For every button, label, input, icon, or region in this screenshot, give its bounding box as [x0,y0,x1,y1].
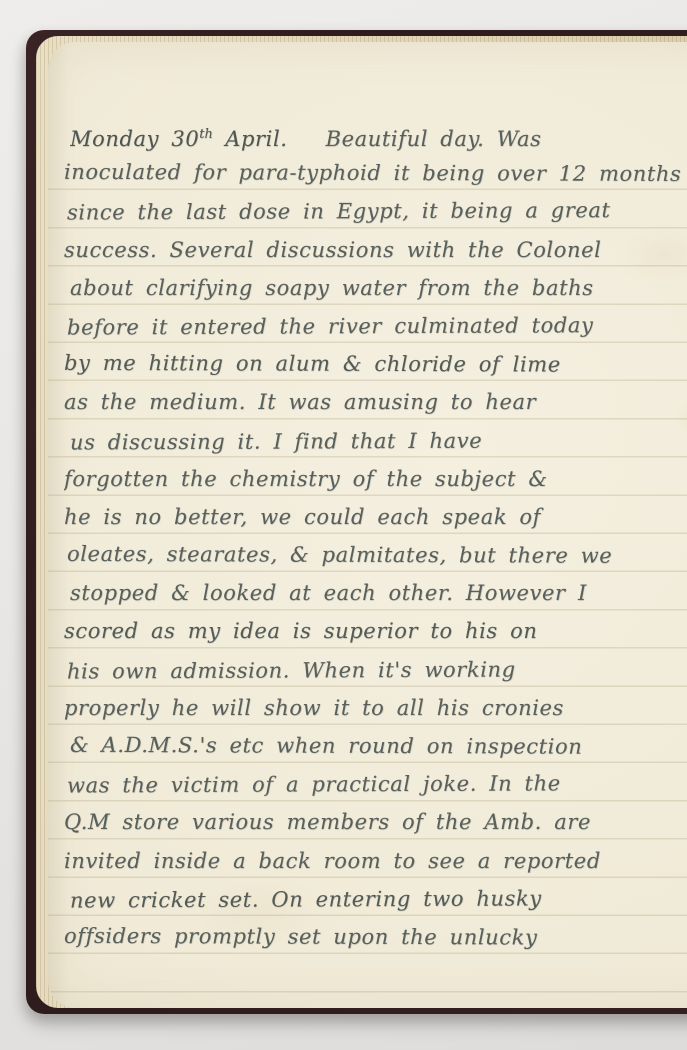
diary-line: he is no better, we could each speak of [64,498,687,536]
diary-line: oleates, stearates, & palmitates, but th… [67,535,687,576]
diary-entry: Monday 30th April.Beautiful day. Was ino… [48,42,687,1008]
diary-line: Q.M store various members of the Amb. ar… [64,803,687,841]
diary-line: inoculated for para-typhoid it being ove… [64,153,687,194]
date-ordinal: th [199,127,213,142]
diary-line-first: Monday 30th April.Beautiful day. Was [70,116,687,154]
diary-line: as the medium. It was amusing to hear [64,383,687,421]
first-line-text: Beautiful day. Was [326,127,542,151]
diary-line: scored as my idea is superior to his on [64,612,687,650]
diary-line: stopped & looked at each other. However … [70,574,687,612]
diary-line: before it entered the river culminated t… [67,305,687,346]
notebook-page: Monday 30th April.Beautiful day. Was ino… [48,42,687,1008]
diary-line: about clarifying soapy water from the ba… [70,269,687,307]
date-month: April. [213,127,288,151]
diary-line: & A.D.M.S.'s etc when round on inspectio… [70,726,687,767]
diary-line: properly he will show it to all his cron… [64,689,687,727]
entry-date-heading: Monday 30th April. [70,116,288,154]
date-day: Monday 30 [70,127,199,151]
diary-line: offsiders promptly set upon the unlucky [64,917,687,958]
diary-line: new cricket set. On entering two husky [70,878,687,919]
diary-line: his own admission. When it's working [67,649,687,690]
diary-line: forgotten the chemistry of the subject & [64,460,687,498]
diary-line: us discussing it. I find that I have [70,420,687,461]
diary-line: invited inside a back room to see a repo… [64,842,687,880]
diary-line: by me hitting on alum & chloride of lime [64,344,687,385]
diary-line: was the victim of a practical joke. In t… [67,764,687,805]
diary-line: since the last dose in Egypt, it being a… [67,191,687,232]
diary-line: success. Several discussions with the Co… [64,231,687,269]
